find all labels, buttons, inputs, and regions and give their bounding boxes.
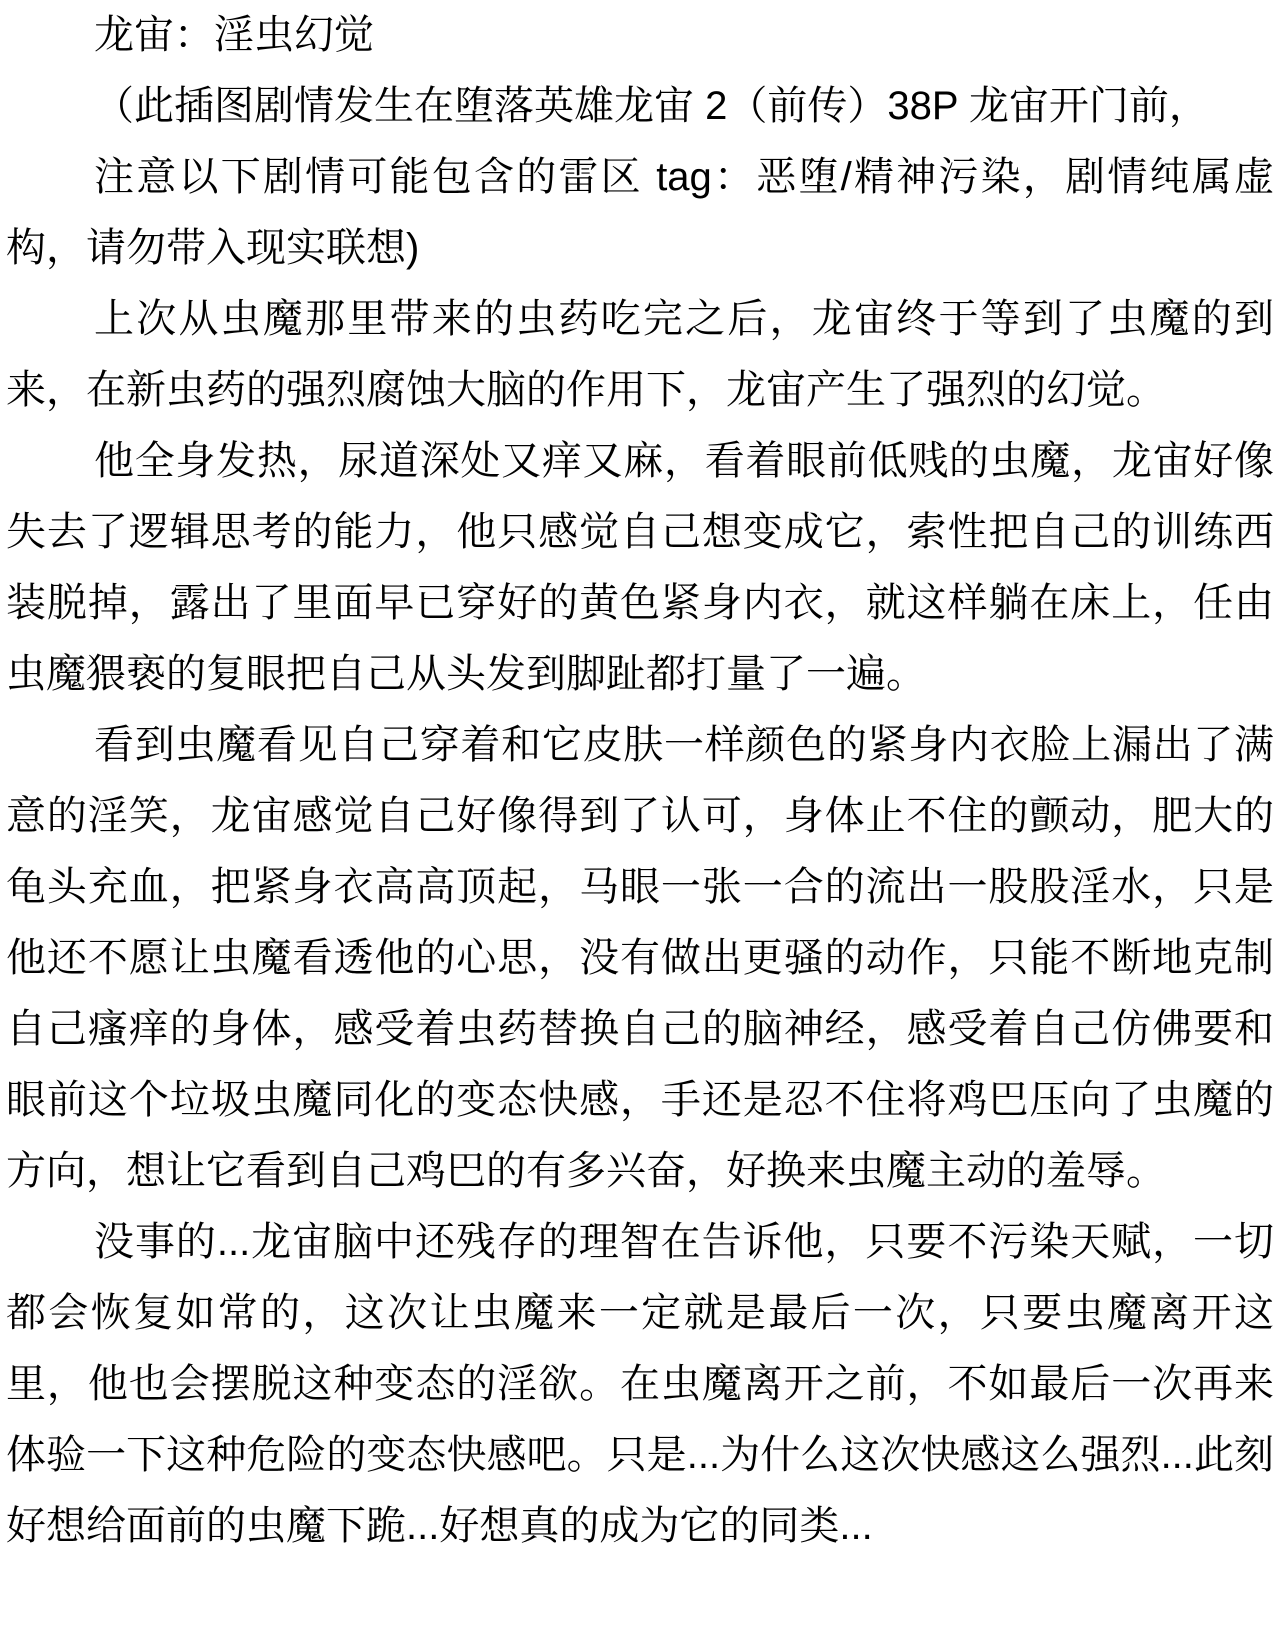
document-page: 龙宙：淫虫幻觉 （此插图剧情发生在堕落英雄龙宙 2（前传）38P 龙宙开门前， … [0,0,1280,1631]
paragraph-body-3: 看到虫魔看见自己穿着和它皮肤一样颜色的紧身内衣脸上漏出了满意的淫笑，龙宙感觉自己… [6,710,1274,1207]
paragraph-body-4: 没事的...龙宙脑中还残存的理智在告诉他，只要不污染天赋，一切都会恢复如常的，这… [6,1207,1274,1562]
paragraph-body-2: 他全身发热，尿道深处又痒又麻，看着眼前低贱的虫魔，龙宙好像失去了逻辑思考的能力，… [6,426,1274,710]
document-title: 龙宙：淫虫幻觉 [6,0,1274,71]
paragraph-note-1: （此插图剧情发生在堕落英雄龙宙 2（前传）38P 龙宙开门前， [6,71,1274,142]
paragraph-note-2: 注意以下剧情可能包含的雷区 tag：恶堕/精神污染，剧情纯属虚构，请勿带入现实联… [6,142,1274,284]
paragraph-body-1: 上次从虫魔那里带来的虫药吃完之后，龙宙终于等到了虫魔的到来，在新虫药的强烈腐蚀大… [6,284,1274,426]
